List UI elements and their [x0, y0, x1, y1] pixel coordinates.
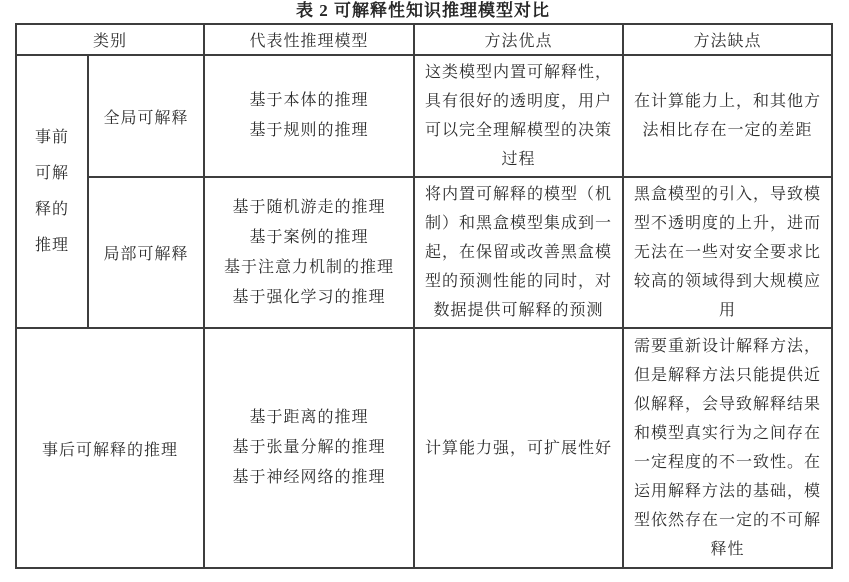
model-item: 基于距离的推理	[205, 403, 413, 433]
cell-subcategory-local: 局部可解释	[88, 177, 204, 328]
table-row-ante-hoc-global: 事前可解释的推理 全局可解释 基于本体的推理 基于规则的推理 这类模型内置可解释…	[16, 55, 832, 177]
cell-disadvantages-local: 黑盒模型的引入，导致模型不透明度的上升，进而无法在一些对安全要求比较高的领域得到…	[623, 177, 832, 328]
cell-models-local: 基于随机游走的推理 基于案例的推理 基于注意力机制的推理 基于强化学习的推理	[204, 177, 414, 328]
header-advantages: 方法优点	[414, 24, 623, 55]
table-row-ante-hoc-local: 局部可解释 基于随机游走的推理 基于案例的推理 基于注意力机制的推理 基于强化学…	[16, 177, 832, 328]
cell-advantages-global: 这类模型内置可解释性，具有很好的透明度，用户可以完全理解模型的决策过程	[414, 55, 623, 177]
header-models: 代表性推理模型	[204, 24, 414, 55]
model-item: 基于张量分解的推理	[205, 433, 413, 463]
cell-category-post-hoc: 事后可解释的推理	[16, 328, 204, 568]
model-item: 基于神经网络的推理	[205, 463, 413, 493]
comparison-table: 类别 代表性推理模型 方法优点 方法缺点 事前可解释的推理 全局可解释 基于本体…	[15, 23, 833, 569]
header-category: 类别	[16, 24, 204, 55]
model-item: 基于注意力机制的推理	[205, 253, 413, 283]
cell-disadvantages-post-hoc: 需要重新设计解释方法，但是解释方法只能提供近似解释，会导致解释结果和模型真实行为…	[623, 328, 832, 568]
cell-models-global: 基于本体的推理 基于规则的推理	[204, 55, 414, 177]
model-item: 基于强化学习的推理	[205, 283, 413, 313]
cell-disadvantages-global: 在计算能力上，和其他方法相比存在一定的差距	[623, 55, 832, 177]
cell-subcategory-global: 全局可解释	[88, 55, 204, 177]
cell-models-post-hoc: 基于距离的推理 基于张量分解的推理 基于神经网络的推理	[204, 328, 414, 568]
model-item: 基于案例的推理	[205, 223, 413, 253]
model-item: 基于随机游走的推理	[205, 193, 413, 223]
document-page: 表 2 可解释性知识推理模型对比 类别 代表性推理模型 方法优点 方法缺点 事前…	[0, 0, 849, 582]
table-row-post-hoc: 事后可解释的推理 基于距离的推理 基于张量分解的推理 基于神经网络的推理 计算能…	[16, 328, 832, 568]
cell-category-ante-hoc: 事前可解释的推理	[16, 55, 88, 328]
cell-advantages-local: 将内置可解释的模型（机制）和黑盒模型集成到一起，在保留或改善黑盒模型的预测性能的…	[414, 177, 623, 328]
model-item: 基于本体的推理	[205, 86, 413, 116]
cell-advantages-post-hoc: 计算能力强，可扩展性好	[414, 328, 623, 568]
table-title: 表 2 可解释性知识推理模型对比	[15, 0, 831, 22]
header-disadvantages: 方法缺点	[623, 24, 832, 55]
model-item: 基于规则的推理	[205, 116, 413, 146]
category-label: 事前可解释的推理	[33, 120, 71, 264]
header-row: 类别 代表性推理模型 方法优点 方法缺点	[16, 24, 832, 55]
